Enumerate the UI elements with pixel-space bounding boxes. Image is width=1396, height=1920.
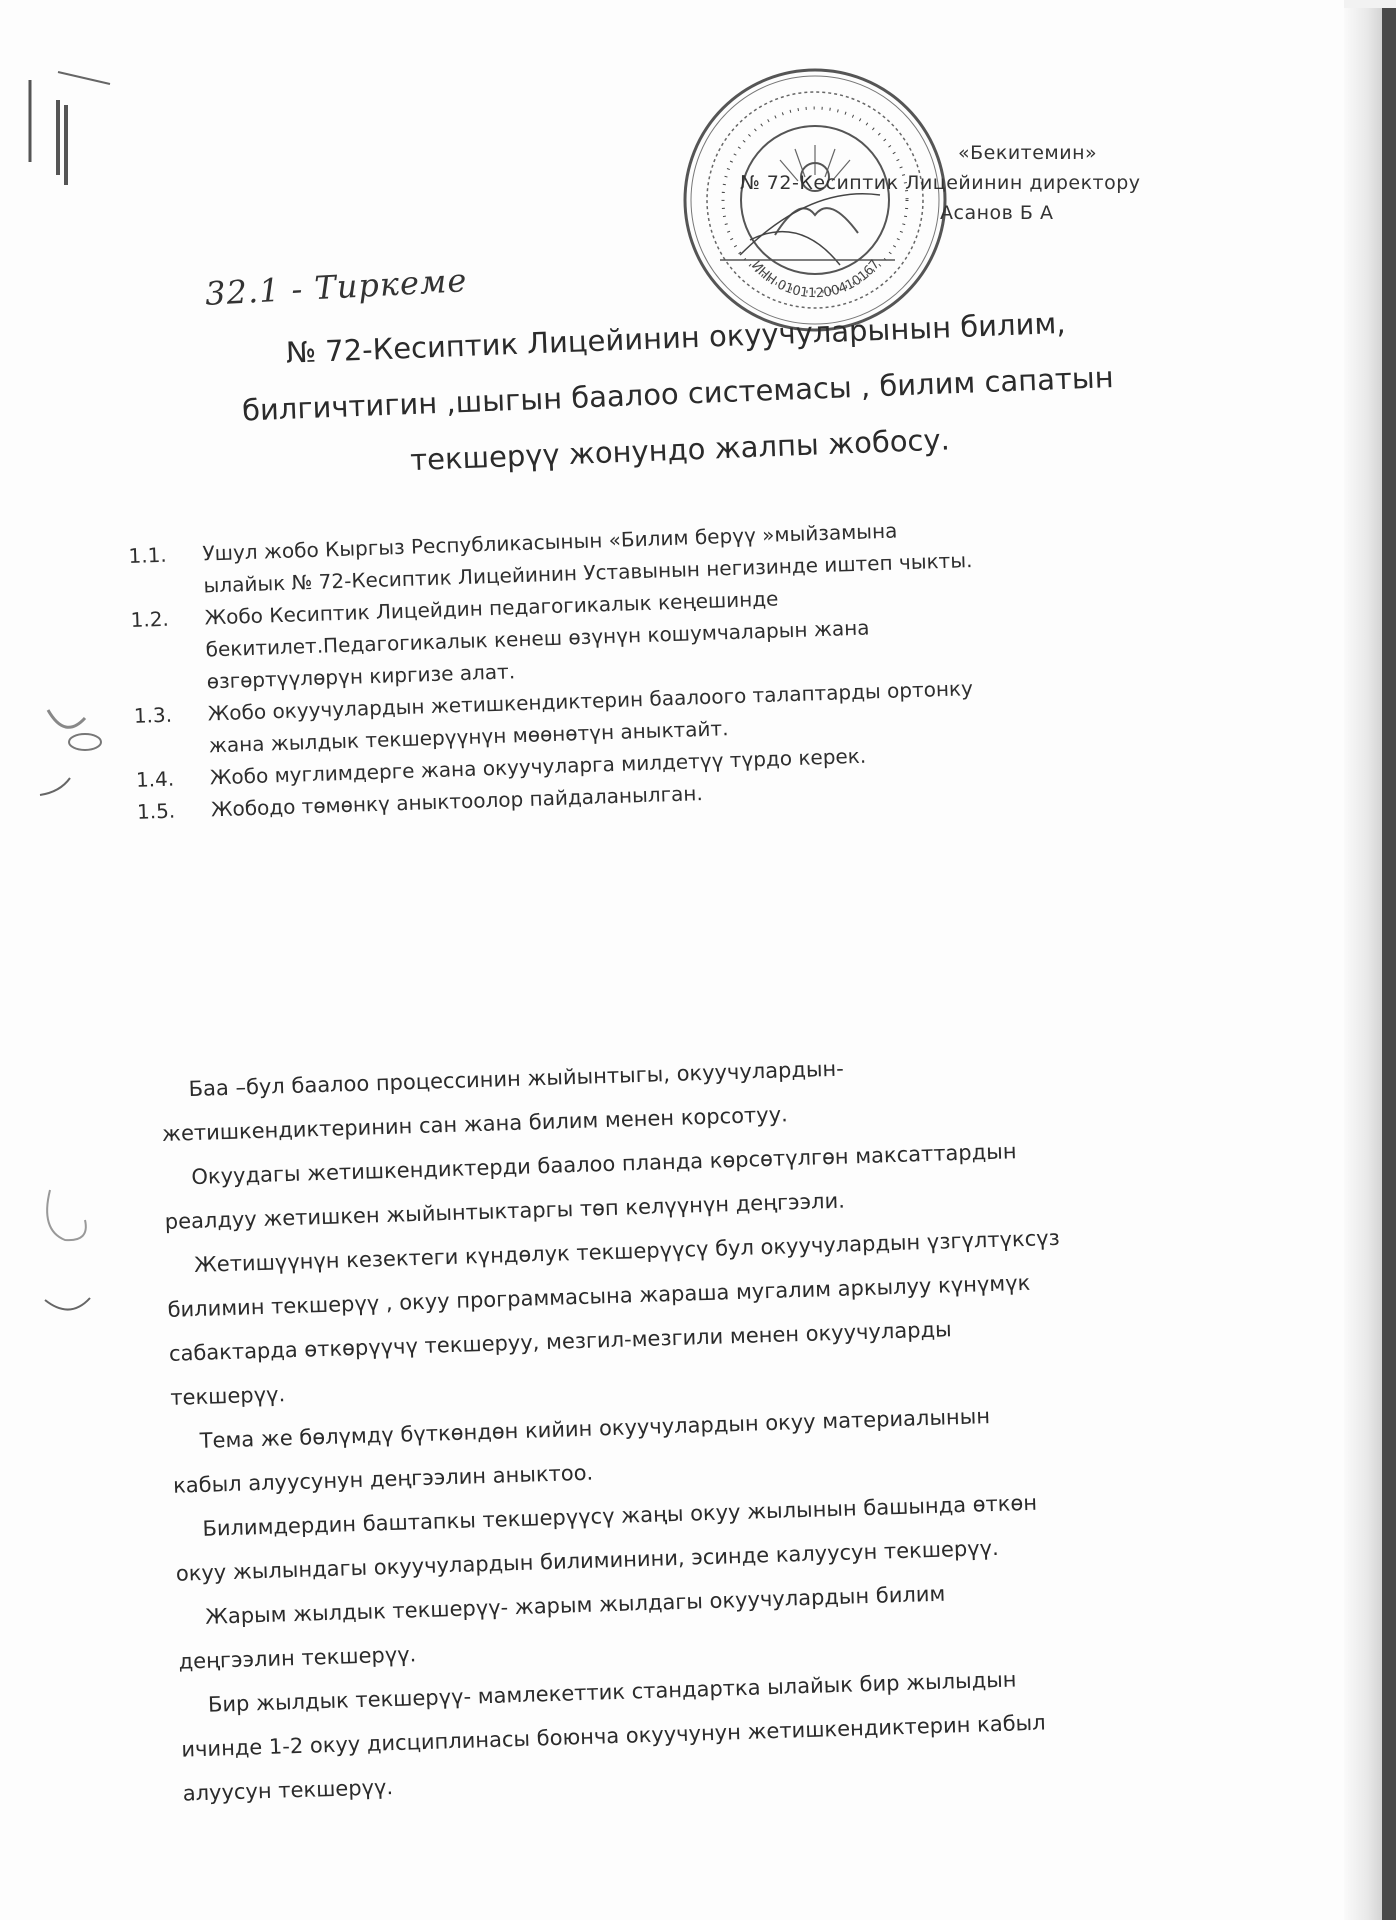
- item-number: 1.5.: [136, 793, 211, 827]
- margin-binder-marks-icon: [20, 70, 120, 200]
- pencil-scribble-icon: [30, 700, 110, 810]
- item-number: 1.2.: [130, 602, 207, 700]
- definitions-body: Баа –бул баалоо процессинин жыйынтыгы, о…: [160, 1032, 1333, 1816]
- document-title: № 72-Кесиптик Лицейинин окуучуларынын би…: [150, 290, 1206, 498]
- item-number: 1.3.: [133, 697, 209, 763]
- approval-signatory: Асанов Б А: [940, 198, 1141, 228]
- item-number: 1.1.: [128, 538, 204, 604]
- item-number: 1.4.: [135, 761, 210, 795]
- svg-text:ИНН 01011200410167: ИНН 01011200410167: [748, 257, 883, 301]
- approval-heading: «Бекитемин»: [958, 138, 1141, 168]
- scanner-edge-shadow: [1344, 8, 1382, 1920]
- pencil-scribble-icon: [30, 1180, 110, 1330]
- numbered-provisions-list: 1.1. Ушул жобо Кыргыз Республикасынын «Б…: [128, 503, 1257, 828]
- approval-position: № 72-Кесиптик Лицейинин директору: [740, 168, 1141, 198]
- annex-label: 32.1 - Тиркеме: [204, 261, 468, 313]
- scanned-document-page: ИНН 01011200410167 «Бекитемин» № 72-Кеси…: [0, 0, 1396, 1920]
- paragraph: Жетишүүнүн кезектеги күндөлук текшерүүсү…: [166, 1208, 1321, 1420]
- approval-block: «Бекитемин» № 72-Кесиптик Лицейинин дире…: [740, 138, 1141, 228]
- scanner-edge: [1382, 8, 1396, 1920]
